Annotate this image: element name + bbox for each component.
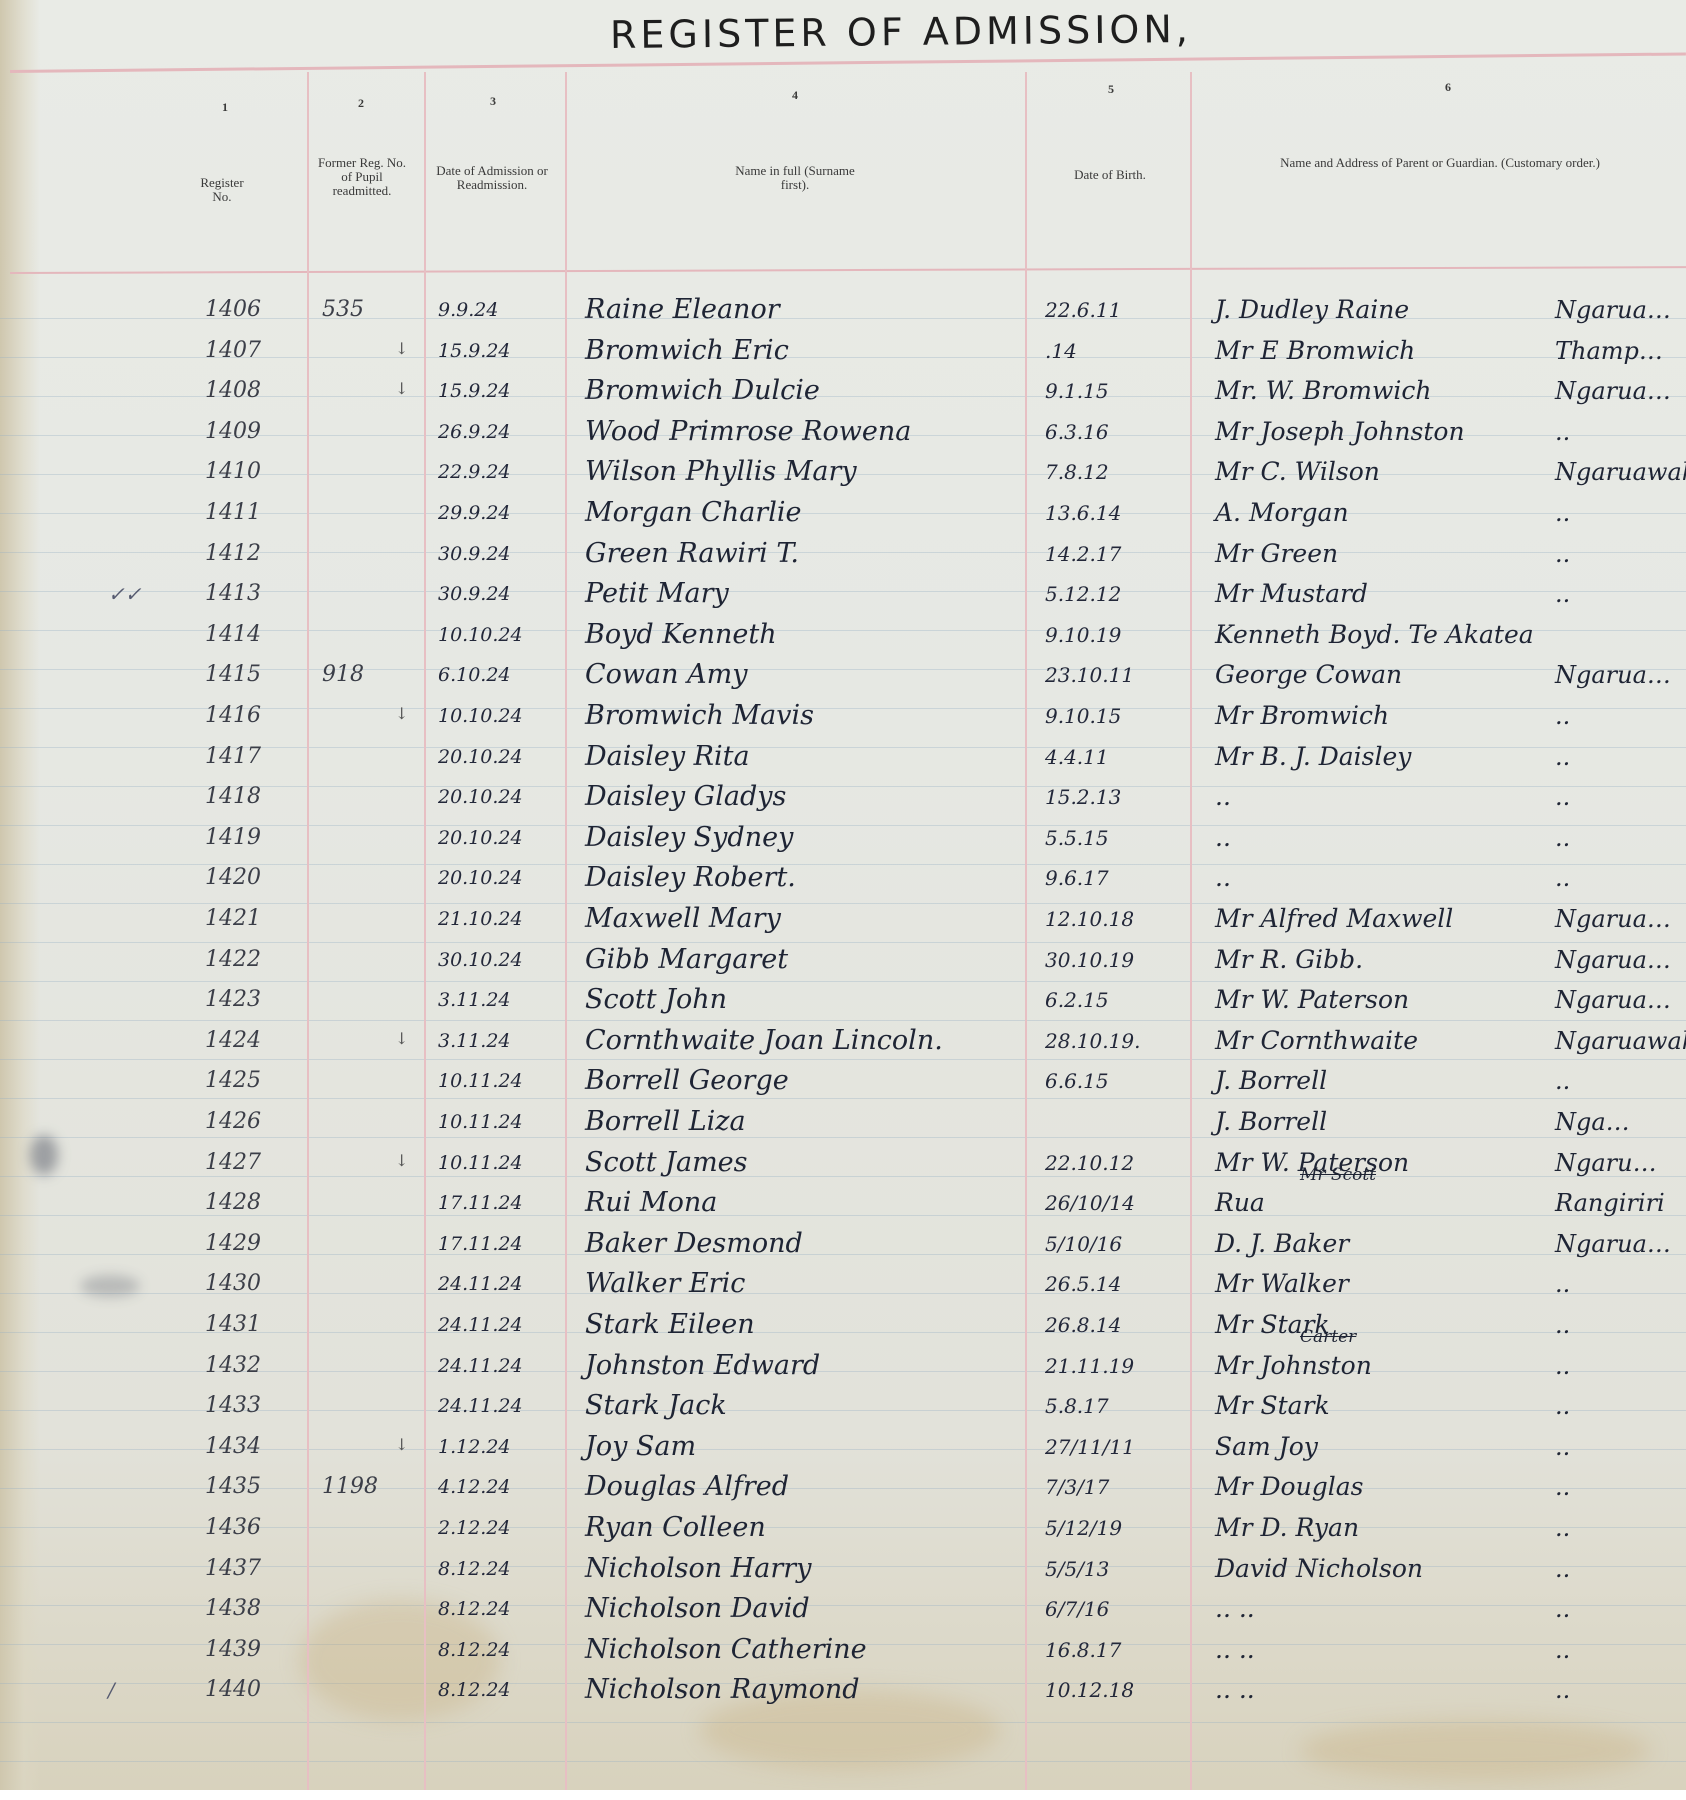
page-bottom-edge <box>0 1790 1686 1800</box>
date-of-birth: 4.4.11 <box>1045 737 1109 777</box>
admission-date: 24.11.24 <box>438 1264 523 1304</box>
date-of-birth: 5.8.17 <box>1045 1386 1109 1426</box>
margin-mark-icon: ↓ <box>395 1143 408 1179</box>
date-of-birth: 27/11/11 <box>1045 1427 1135 1467</box>
date-of-birth: 14.2.17 <box>1045 534 1121 574</box>
column-header-former-reg-no: Former Reg. No. of Pupil readmitted. <box>312 156 412 198</box>
guardian-address: .. <box>1555 1346 1570 1386</box>
date-of-birth: 15.2.13 <box>1045 777 1121 817</box>
parent-guardian: .. <box>1215 818 1231 858</box>
pupil-name: Baker Desmond <box>585 1224 803 1264</box>
table-row: 142917.11.24Baker Desmond5/10/16D. J. Ba… <box>0 1224 1686 1264</box>
pupil-name: Nicholson Harry <box>585 1549 811 1589</box>
table-row: 140815.9.24Bromwich Dulcie9.1.15Mr. W. B… <box>0 371 1686 411</box>
column-number: 3 <box>490 94 496 109</box>
parent-guardian: Mr Johnston <box>1215 1346 1372 1386</box>
table-row: 14388.12.24Nicholson David6/7/16.. .... <box>0 1589 1686 1629</box>
parent-guardian: Mr Green <box>1215 534 1338 574</box>
register-number: 1411 <box>205 493 261 533</box>
admission-date: 8.12.24 <box>438 1589 511 1629</box>
header-rule-bottom <box>10 266 1686 274</box>
table-row: 14408.12.24Nicholson Raymond10.12.18.. .… <box>0 1670 1686 1710</box>
pupil-name: Daisley Robert. <box>585 858 796 898</box>
date-of-birth: 7.8.12 <box>1045 452 1109 492</box>
table-row: 141610.10.24Bromwich Mavis9.10.15Mr Brom… <box>0 696 1686 736</box>
register-number: 1433 <box>205 1386 261 1426</box>
admission-date: 17.11.24 <box>438 1183 523 1223</box>
admission-date: 9.9.24 <box>438 290 498 330</box>
parent-guardian: Mr Joseph Johnston <box>1215 412 1465 452</box>
admission-date: 10.10.24 <box>438 696 523 736</box>
register-number: 1431 <box>205 1305 261 1345</box>
date-of-birth: 26.5.14 <box>1045 1264 1121 1304</box>
date-of-birth: 6.6.15 <box>1045 1061 1109 1101</box>
pupil-name: Daisley Sydney <box>585 818 793 858</box>
pupil-name: Bromwich Eric <box>585 331 789 371</box>
admission-date: 22.9.24 <box>438 452 511 492</box>
admission-date: 21.10.24 <box>438 899 523 939</box>
register-number: 1430 <box>205 1264 261 1304</box>
parent-guardian: Mr W. Paterson <box>1215 980 1409 1020</box>
pupil-name: Stark Jack <box>585 1386 727 1426</box>
pupil-name: Boyd Kenneth <box>585 615 777 655</box>
guardian-address: .. <box>1555 818 1570 858</box>
register-number: 1420 <box>205 858 261 898</box>
register-number: 1428 <box>205 1183 261 1223</box>
margin-mark-icon: ↓ <box>395 371 408 407</box>
register-number: 1427 <box>205 1143 261 1183</box>
parent-guardian: Mr. W. Bromwich <box>1215 371 1432 411</box>
parent-guardian: Mr Alfred Maxwell <box>1215 899 1453 939</box>
pupil-name: Gibb Margaret <box>585 940 788 980</box>
parent-guardian: Mr Cornthwaite <box>1215 1021 1418 1061</box>
parent-guardian: J. Borrell <box>1215 1061 1327 1101</box>
table-row: 14341.12.24Joy Sam27/11/11Sam Joy..↓ <box>0 1427 1686 1467</box>
register-number: 1418 <box>205 777 261 817</box>
register-number: 1425 <box>205 1061 261 1101</box>
admission-date: 2.12.24 <box>438 1508 511 1548</box>
table-row: 14065359.9.24Raine Eleanor22.6.11J. Dudl… <box>0 290 1686 330</box>
admission-date: 1.12.24 <box>438 1427 511 1467</box>
table-row: 142020.10.24Daisley Robert.9.6.17.... <box>0 858 1686 898</box>
register-number: 1417 <box>205 737 261 777</box>
column-number: 6 <box>1445 80 1451 95</box>
column-number: 1 <box>222 100 228 115</box>
guardian-address: Rangiriri <box>1555 1183 1665 1223</box>
admission-date: 29.9.24 <box>438 493 511 533</box>
date-of-birth: .14 <box>1045 331 1077 371</box>
parent-guardian: Mr E Bromwich <box>1215 331 1415 371</box>
margin-mark-icon: ↓ <box>395 1021 408 1057</box>
parent-guardian: Mr C. Wilson <box>1215 452 1380 492</box>
pupil-name: Cowan Amy <box>585 655 747 695</box>
table-row: 141129.9.24Morgan Charlie13.6.14A. Morga… <box>0 493 1686 533</box>
former-register-number: 535 <box>322 290 364 330</box>
date-of-birth: 26/10/14 <box>1045 1183 1135 1223</box>
pupil-name: Johnston Edward <box>585 1346 820 1386</box>
admission-date: 10.11.24 <box>438 1143 523 1183</box>
guardian-address: .. <box>1555 1386 1570 1426</box>
register-number: 1410 <box>205 452 261 492</box>
date-of-birth: 10.12.18 <box>1045 1670 1134 1710</box>
admission-date: 8.12.24 <box>438 1670 511 1710</box>
date-of-birth: 7/3/17 <box>1045 1467 1109 1507</box>
column-number: 4 <box>792 88 798 103</box>
guardian-address: .. <box>1555 1630 1570 1670</box>
admission-date: 8.12.24 <box>438 1549 511 1589</box>
parent-guardian: Mr D. Ryan <box>1215 1508 1359 1548</box>
table-row: 141330.9.24Petit Mary5.12.12Mr Mustard..… <box>0 574 1686 614</box>
table-row: 140926.9.24Wood Primrose Rowena6.3.16Mr … <box>0 412 1686 452</box>
parent-guardian: Kenneth Boyd. Te Akatea <box>1215 615 1534 655</box>
date-of-birth: 9.10.15 <box>1045 696 1121 736</box>
date-of-birth: 5.5.15 <box>1045 818 1109 858</box>
guardian-address: .. <box>1555 1467 1570 1507</box>
column-header-register-no: Register No. <box>192 176 252 204</box>
pupil-name: Raine Eleanor <box>585 290 780 330</box>
parent-guardian: D. J. Baker <box>1215 1224 1349 1264</box>
pupil-name: Nicholson Catherine <box>585 1630 867 1670</box>
guardian-address: Ngarua… <box>1555 899 1671 939</box>
date-of-birth: 28.10.19. <box>1045 1021 1140 1061</box>
pupil-name: Wilson Phyllis Mary <box>585 452 857 492</box>
guardian-address: .. <box>1555 412 1570 452</box>
admission-date: 10.11.24 <box>438 1102 523 1142</box>
parent-guardian: .. <box>1215 777 1231 817</box>
pupil-name: Borrell George <box>585 1061 789 1101</box>
table-row: 14243.11.24Cornthwaite Joan Lincoln.28.1… <box>0 1021 1686 1061</box>
pupil-name: Wood Primrose Rowena <box>585 412 911 452</box>
pupil-name: Borrell Liza <box>585 1102 746 1142</box>
register-number: 1434 <box>205 1427 261 1467</box>
table-row: 141022.9.24Wilson Phyllis Mary7.8.12Mr C… <box>0 452 1686 492</box>
margin-mark-icon: ↓ <box>395 696 408 732</box>
pupil-name: Douglas Alfred <box>585 1467 789 1507</box>
pupil-name: Nicholson Raymond <box>585 1670 860 1710</box>
table-row: 141720.10.24Daisley Rita4.4.11Mr B. J. D… <box>0 737 1686 777</box>
parent-guardian: Mr Mustard <box>1215 574 1368 614</box>
guardian-address: .. <box>1555 1305 1570 1345</box>
admission-date: 20.10.24 <box>438 858 523 898</box>
guardian-address: .. <box>1555 1670 1570 1710</box>
admission-date: 15.9.24 <box>438 331 511 371</box>
admission-date: 10.10.24 <box>438 615 523 655</box>
pupil-name: Green Rawiri T. <box>585 534 799 574</box>
pupil-name: Daisley Gladys <box>585 777 786 817</box>
guardian-address: .. <box>1555 1589 1570 1629</box>
guardian-address: .. <box>1555 696 1570 736</box>
pupil-name: Morgan Charlie <box>585 493 801 533</box>
pupil-name: Rui Mona <box>585 1183 717 1223</box>
parent-guardian: .. <box>1215 858 1231 898</box>
date-of-birth: 30.10.19 <box>1045 940 1134 980</box>
parent-guardian: Sam Joy <box>1215 1427 1318 1467</box>
struck-through-text: Mr Scott <box>1300 1165 1376 1185</box>
parent-guardian: .. .. <box>1215 1630 1255 1670</box>
guardian-address: .. <box>1555 777 1570 817</box>
table-row: 14362.12.24Ryan Colleen5/12/19Mr D. Ryan… <box>0 1508 1686 1548</box>
register-number: 1426 <box>205 1102 261 1142</box>
parent-guardian: Mr Bromwich <box>1215 696 1389 736</box>
date-of-birth: 22.6.11 <box>1045 290 1121 330</box>
pupil-name: Bromwich Mavis <box>585 696 814 736</box>
guardian-address: .. <box>1555 574 1570 614</box>
column-number: 2 <box>358 96 364 111</box>
table-row: 143024.11.24Walker Eric26.5.14Mr Walker.… <box>0 1264 1686 1304</box>
column-header-admission-date: Date of Admission or Readmission. <box>432 164 552 192</box>
date-of-birth: 26.8.14 <box>1045 1305 1121 1345</box>
parent-guardian: .. .. <box>1215 1670 1255 1710</box>
table-row: 14233.11.24Scott John6.2.15Mr W. Paterso… <box>0 980 1686 1020</box>
guardian-address: .. <box>1555 1264 1570 1304</box>
register-number: 1436 <box>205 1508 261 1548</box>
table-row: 142710.11.24Scott James22.10.12Mr W. Pat… <box>0 1143 1686 1183</box>
table-row: 143511984.12.24Douglas Alfred7/3/17Mr Do… <box>0 1467 1686 1507</box>
register-number: 1416 <box>205 696 261 736</box>
date-of-birth: 12.10.18 <box>1045 899 1134 939</box>
register-number: 1406 <box>205 290 261 330</box>
date-of-birth: 6.2.15 <box>1045 980 1109 1020</box>
guardian-address: .. <box>1555 1549 1570 1589</box>
date-of-birth: 6.3.16 <box>1045 412 1109 452</box>
table-row: 142610.11.24Borrell LizaJ. BorrellNga… <box>0 1102 1686 1142</box>
register-number: 1415 <box>205 655 261 695</box>
date-of-birth: 16.8.17 <box>1045 1630 1121 1670</box>
admission-date: 17.11.24 <box>438 1224 523 1264</box>
parent-guardian: Mr R. Gibb. <box>1215 940 1363 980</box>
register-number: 1429 <box>205 1224 261 1264</box>
admission-date: 3.11.24 <box>438 980 511 1020</box>
register-number: 1421 <box>205 899 261 939</box>
date-of-birth: 5.12.12 <box>1045 574 1121 614</box>
register-number: 1422 <box>205 940 261 980</box>
admission-date: 30.9.24 <box>438 574 511 614</box>
register-number: 1439 <box>205 1630 261 1670</box>
admission-date: 24.11.24 <box>438 1346 523 1386</box>
admission-date: 4.12.24 <box>438 1467 511 1507</box>
guardian-address: .. <box>1555 858 1570 898</box>
admission-date: 24.11.24 <box>438 1386 523 1426</box>
admission-date: 8.12.24 <box>438 1630 511 1670</box>
column-header-parent: Name and Address of Parent or Guardian. … <box>1260 156 1620 170</box>
register-number: 1432 <box>205 1346 261 1386</box>
pupil-name: Nicholson David <box>585 1589 810 1629</box>
admission-date: 10.11.24 <box>438 1061 523 1101</box>
guardian-address: Ngarua… <box>1555 940 1671 980</box>
paper-stain <box>1300 1720 1650 1780</box>
pupil-name: Scott John <box>585 980 727 1020</box>
date-of-birth: 9.6.17 <box>1045 858 1109 898</box>
guardian-address: Ngarua… <box>1555 290 1671 330</box>
table-row: 143124.11.24Stark Eileen26.8.14Mr Stark.… <box>0 1305 1686 1345</box>
parent-guardian: A. Morgan <box>1215 493 1349 533</box>
date-of-birth: 9.10.19 <box>1045 615 1121 655</box>
parent-guardian: J. Dudley Raine <box>1215 290 1409 330</box>
pupil-name: Cornthwaite Joan Lincoln. <box>585 1021 943 1061</box>
register-page: REGISTER OF ADMISSION, 1 2 3 4 5 6 Regis… <box>0 0 1686 1790</box>
parent-guardian: George Cowan <box>1215 655 1402 695</box>
register-number: 1414 <box>205 615 261 655</box>
table-row: 142230.10.24Gibb Margaret30.10.19Mr R. G… <box>0 940 1686 980</box>
register-number: 1424 <box>205 1021 261 1061</box>
register-number: 1412 <box>205 534 261 574</box>
header-rule-top <box>10 52 1686 73</box>
parent-guardian: Mr Stark <box>1215 1386 1330 1426</box>
parent-guardian: Mr Walker <box>1215 1264 1349 1304</box>
guardian-address: Ngarua… <box>1555 1224 1671 1264</box>
guardian-address: Thamp… <box>1555 331 1663 371</box>
column-header-name: Name in full (Surname first). <box>720 164 870 192</box>
admission-date: 20.10.24 <box>438 737 523 777</box>
register-number: 1437 <box>205 1549 261 1589</box>
date-of-birth: 9.1.15 <box>1045 371 1109 411</box>
guardian-address: Ngarua… <box>1555 980 1671 1020</box>
pupil-name: Daisley Rita <box>585 737 750 777</box>
date-of-birth: 22.10.12 <box>1045 1143 1134 1183</box>
guardian-address: Ngaruawahi… <box>1555 452 1686 492</box>
register-number: 1440 <box>205 1670 261 1710</box>
admission-date: 6.10.24 <box>438 655 511 695</box>
table-row: 14398.12.24Nicholson Catherine16.8.17.. … <box>0 1630 1686 1670</box>
pupil-name: Joy Sam <box>585 1427 696 1467</box>
guardian-address: Ngarua… <box>1555 371 1671 411</box>
guardian-address: .. <box>1555 534 1570 574</box>
date-of-birth: 21.11.19 <box>1045 1346 1134 1386</box>
guardian-address: .. <box>1555 493 1570 533</box>
guardian-address: Nga… <box>1555 1102 1630 1142</box>
pupil-name: Scott James <box>585 1143 748 1183</box>
guardian-address: .. <box>1555 1061 1570 1101</box>
check-mark-icon: ✓✓ <box>108 574 142 614</box>
margin-mark-icon: ↓ <box>395 331 408 367</box>
table-row: 142121.10.24Maxwell Mary12.10.18Mr Alfre… <box>0 899 1686 939</box>
column-number: 5 <box>1108 82 1114 97</box>
parent-guardian: Rua <box>1215 1183 1265 1223</box>
admission-date: 26.9.24 <box>438 412 511 452</box>
date-of-birth: 5/10/16 <box>1045 1224 1122 1264</box>
register-number: 1435 <box>205 1467 261 1507</box>
admission-date: 20.10.24 <box>438 777 523 817</box>
margin-mark-icon: ↓ <box>395 1427 408 1463</box>
admission-date: 20.10.24 <box>438 818 523 858</box>
date-of-birth: 13.6.14 <box>1045 493 1121 533</box>
guardian-address: .. <box>1555 1427 1570 1467</box>
admission-date: 30.10.24 <box>438 940 523 980</box>
admission-date: 30.9.24 <box>438 534 511 574</box>
register-number: 1438 <box>205 1589 261 1629</box>
date-of-birth: 5/12/19 <box>1045 1508 1122 1548</box>
register-number: 1408 <box>205 371 261 411</box>
pupil-name: Bromwich Dulcie <box>585 371 820 411</box>
admission-date: 3.11.24 <box>438 1021 511 1061</box>
former-register-number: 1198 <box>322 1467 378 1507</box>
date-of-birth: 23.10.11 <box>1045 655 1134 695</box>
date-of-birth: 6/7/16 <box>1045 1589 1109 1629</box>
table-row: 141230.9.24Green Rawiri T.14.2.17Mr Gree… <box>0 534 1686 574</box>
parent-guardian: Mr B. J. Daisley <box>1215 737 1411 777</box>
table-row: 14159186.10.24Cowan Amy23.10.11George Co… <box>0 655 1686 695</box>
parent-guardian: David Nicholson <box>1215 1549 1423 1589</box>
date-of-birth: 5/5/13 <box>1045 1549 1109 1589</box>
register-number: 1419 <box>205 818 261 858</box>
table-row: 143224.11.24Johnston Edward21.11.19Mr Jo… <box>0 1346 1686 1386</box>
column-header-dob: Date of Birth. <box>1040 168 1180 182</box>
parent-guardian: J. Borrell <box>1215 1102 1327 1142</box>
table-row: 142510.11.24Borrell George6.6.15J. Borre… <box>0 1061 1686 1101</box>
pupil-name: Petit Mary <box>585 574 729 614</box>
pupil-name: Stark Eileen <box>585 1305 755 1345</box>
parent-guardian: Mr Douglas <box>1215 1467 1363 1507</box>
register-number: 1407 <box>205 331 261 371</box>
table-row: 141410.10.24Boyd Kenneth9.10.19Kenneth B… <box>0 615 1686 655</box>
guardian-address: Ngaruawahia <box>1555 1021 1686 1061</box>
check-mark-icon: / <box>108 1670 115 1710</box>
table-row: 143324.11.24Stark Jack5.8.17Mr Stark.. <box>0 1386 1686 1426</box>
guardian-address: .. <box>1555 737 1570 777</box>
pupil-name: Walker Eric <box>585 1264 745 1304</box>
register-number: 1423 <box>205 980 261 1020</box>
pupil-name: Maxwell Mary <box>585 899 781 939</box>
table-row: 141820.10.24Daisley Gladys15.2.13.... <box>0 777 1686 817</box>
table-row: 141920.10.24Daisley Sydney5.5.15.... <box>0 818 1686 858</box>
table-row: 14378.12.24Nicholson Harry5/5/13David Ni… <box>0 1549 1686 1589</box>
table-row: 140715.9.24Bromwich Eric.14Mr E Bromwich… <box>0 331 1686 371</box>
parent-guardian: .. .. <box>1215 1589 1255 1629</box>
admission-date: 15.9.24 <box>438 371 511 411</box>
page-title: REGISTER OF ADMISSION, <box>610 7 1192 57</box>
ink-smudge <box>80 1275 140 1297</box>
former-register-number: 918 <box>322 655 364 695</box>
struck-through-text: Carter <box>1300 1327 1356 1347</box>
ink-smudge <box>30 1135 58 1175</box>
register-number: 1409 <box>205 412 261 452</box>
guardian-address: .. <box>1555 1508 1570 1548</box>
table-row: 142817.11.24Rui Mona26/10/14RuaRangiriri <box>0 1183 1686 1223</box>
admission-date: 24.11.24 <box>438 1305 523 1345</box>
guardian-address: Ngaru… <box>1555 1143 1657 1183</box>
register-number: 1413 <box>205 574 261 614</box>
guardian-address: Ngarua… <box>1555 655 1671 695</box>
pupil-name: Ryan Colleen <box>585 1508 766 1548</box>
